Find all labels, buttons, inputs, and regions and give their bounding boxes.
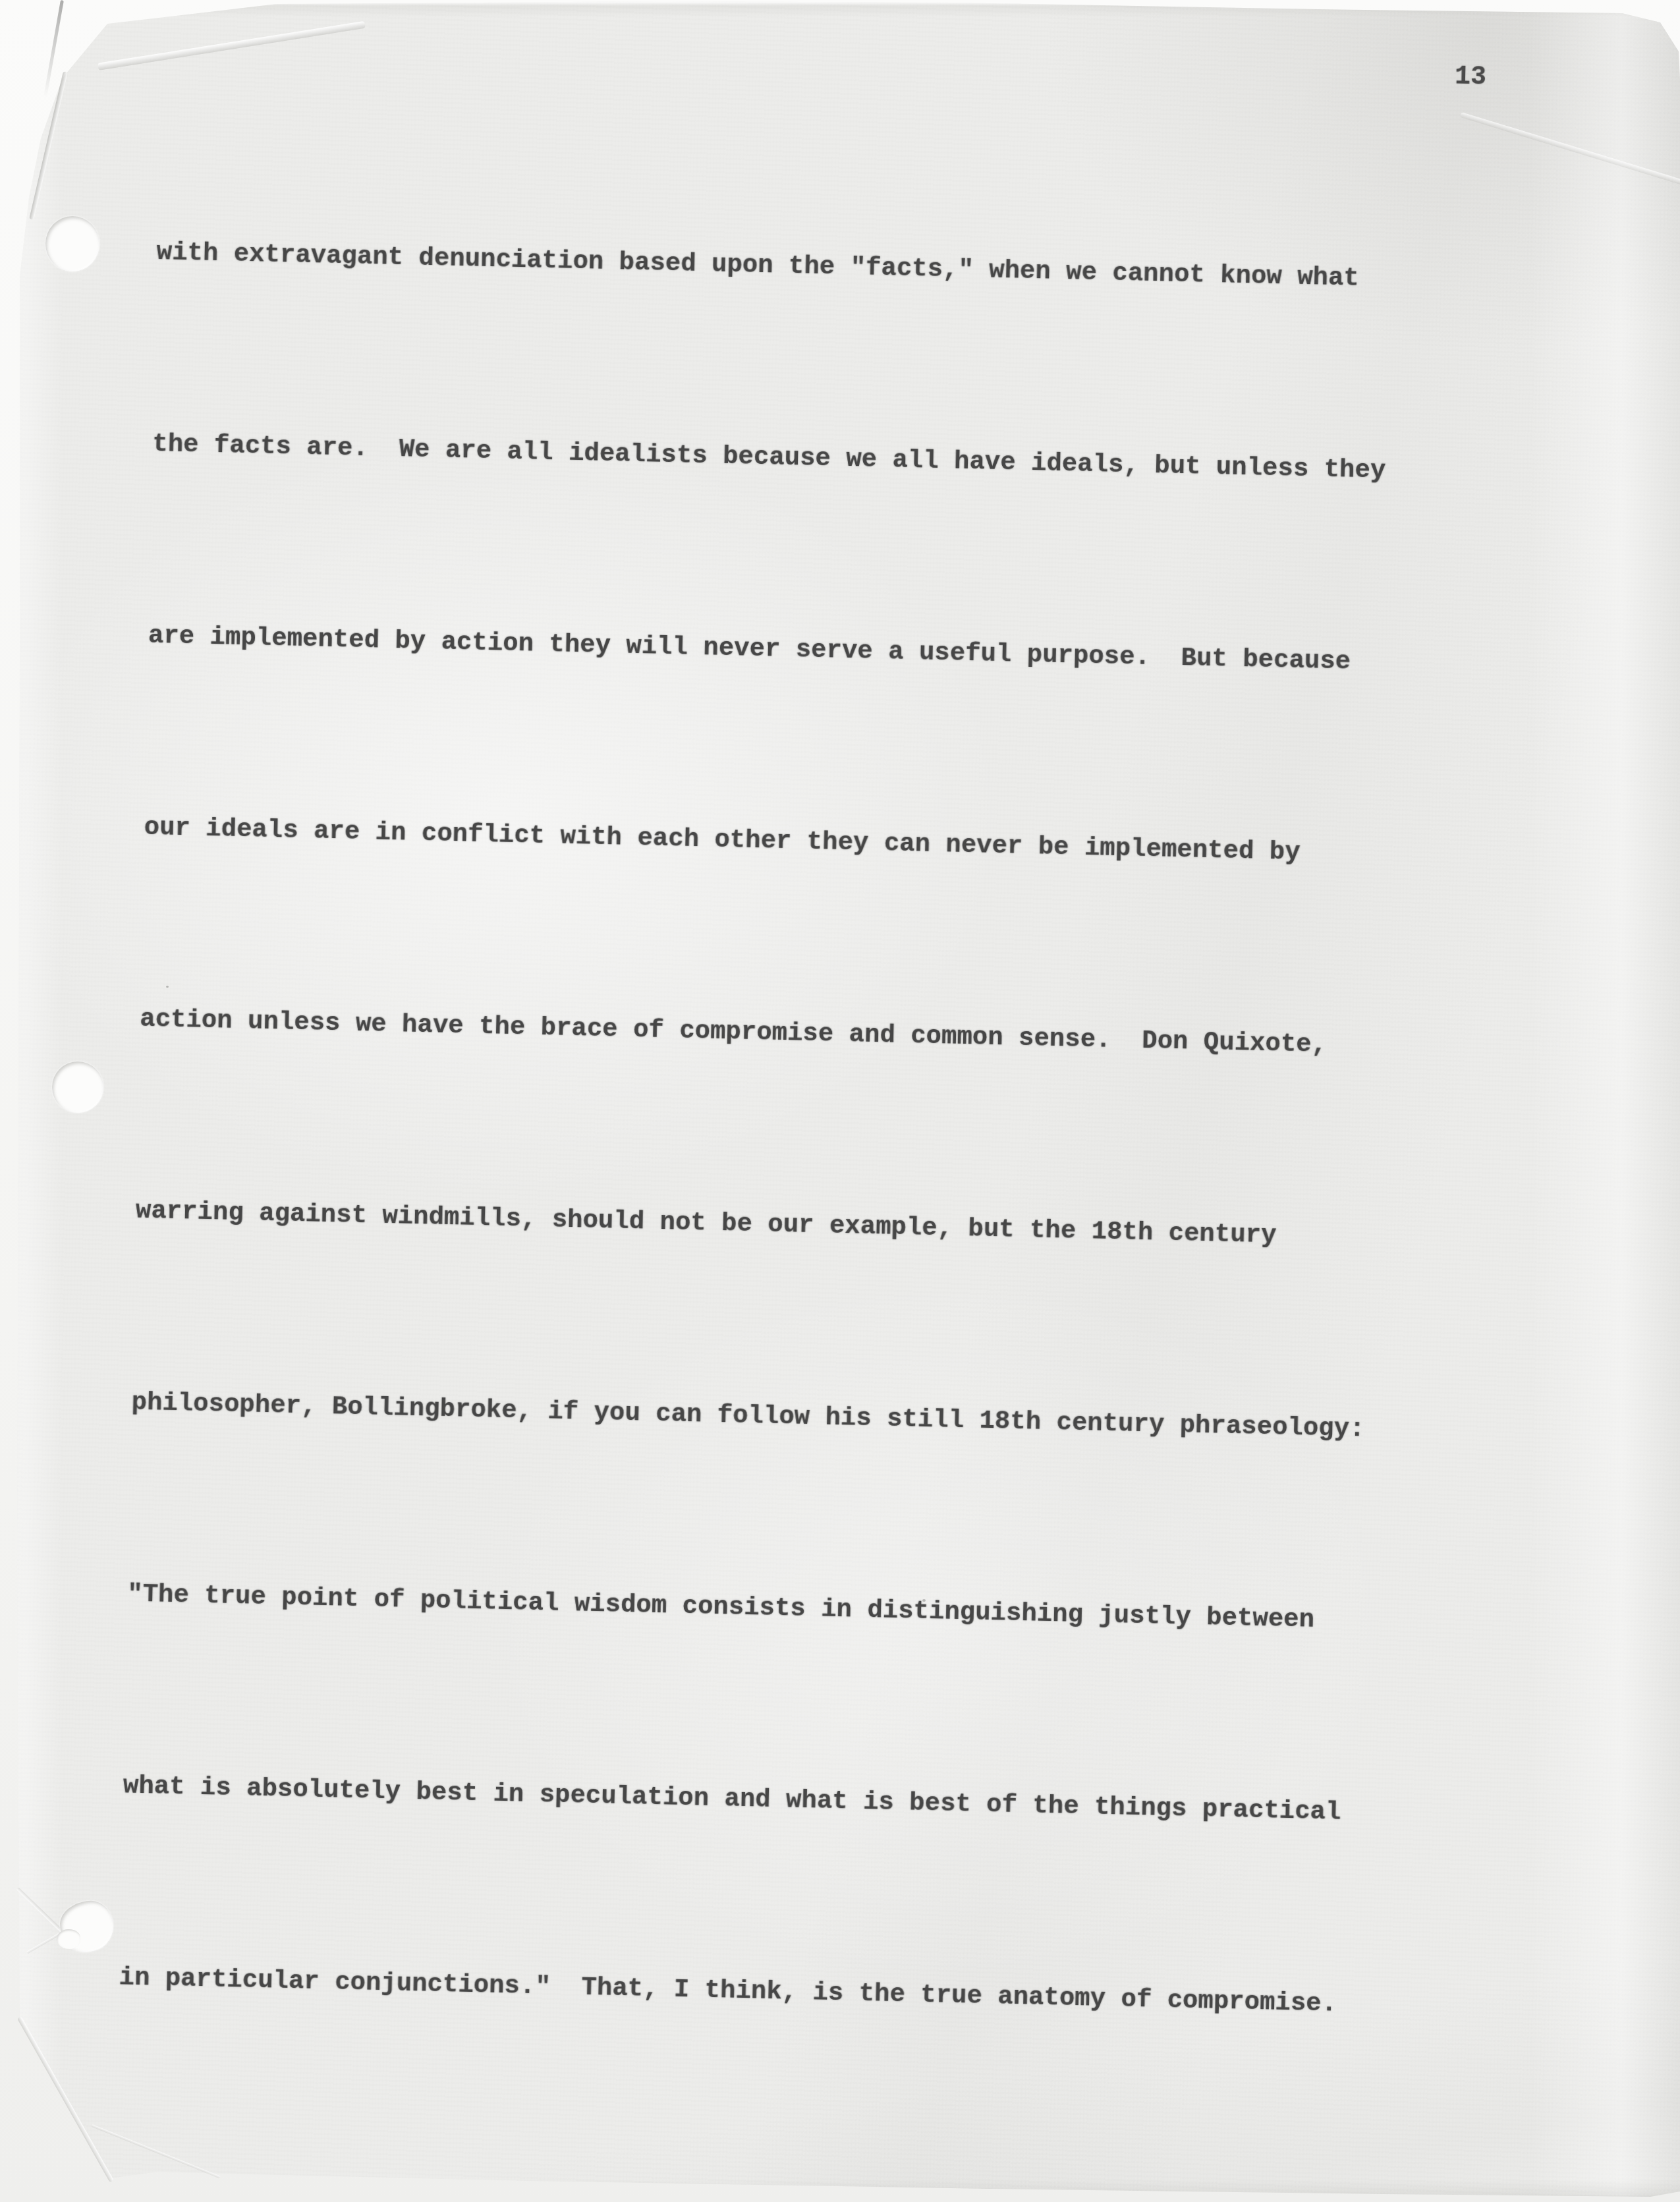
typed-line: what is absolutely best in speculation a… xyxy=(123,1754,1357,1845)
scanned-document: 13 with extravagant denunciation based u… xyxy=(0,0,1680,2202)
typed-line: in particular conjunctions." That, I thi… xyxy=(119,1946,1353,2037)
typed-line: "The true point of political wisdom cons… xyxy=(126,1562,1361,1653)
typed-line: with extravagant denunciation based upon… xyxy=(156,221,1391,312)
page-number: 13 xyxy=(1454,61,1486,94)
typed-text-block: with extravagant denunciation based upon… xyxy=(115,93,1393,2164)
typed-line: our ideals are in conflict with each oth… xyxy=(144,796,1378,887)
punch-hole-top xyxy=(45,216,99,271)
punch-hole-bottom-tear xyxy=(57,1929,80,1949)
typed-line: warring against windmills, should not be… xyxy=(135,1179,1370,1270)
typed-line: are implemented by action they will neve… xyxy=(148,604,1382,695)
typed-line: philosopher, Bollingbroke, if you can fo… xyxy=(131,1371,1366,1462)
typed-line: the facts are. We are all idealists beca… xyxy=(152,412,1386,503)
typed-line: action unless we have the brace of compr… xyxy=(139,988,1374,1079)
punch-hole-middle xyxy=(52,1061,103,1113)
